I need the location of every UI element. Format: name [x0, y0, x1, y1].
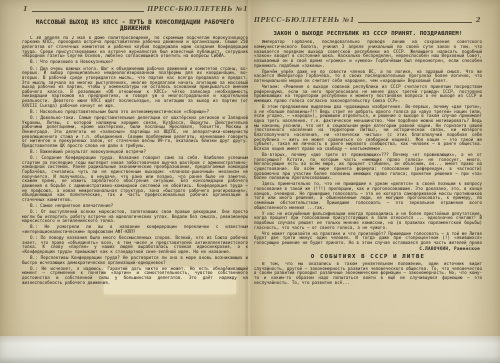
- header-rule: [358, 22, 472, 23]
- paragraph: В том, что мы оказались в таком унизител…: [254, 262, 482, 285]
- page-number: 2: [475, 16, 482, 24]
- paragraph: В.: Важнейший результат новокузнецкой вс…: [22, 150, 248, 155]
- underlying-white-page: [0, 336, 500, 363]
- running-head-right: ПРЕСС-БЮЛЛЕТЕНЬ №1 2: [254, 15, 482, 24]
- article-body-left: С 30 апреля по 2 мая в Доме политпросвещ…: [22, 36, 248, 294]
- paragraph: В.: Самое неприятное впечатление?: [22, 204, 248, 209]
- paragraph: Во-вторых, почему «две трети от проживаю…: [254, 153, 482, 181]
- page-2: ПРЕСС-БЮЛЛЕТЕНЬ №1 2 ЗАКОН О ВЫХОДЕ РЕСП…: [254, 0, 482, 286]
- section-body: В том, что мы оказались в таком унизител…: [254, 262, 482, 286]
- paragraph: Причём упрёк даже не по совести членов В…: [254, 70, 482, 84]
- section-title: О СОБЫТИЯХ В СССР И ЛИТВЕ: [254, 254, 482, 260]
- paragraph: О.: От выступлений всяких марксистов, за…: [22, 210, 248, 224]
- paragraph: О.: По поводу названия было много бессмы…: [22, 236, 248, 255]
- paragraph: В.: Перспективы Конфедерации труда? Не р…: [22, 256, 248, 265]
- paragraph: О.: Довольно-таки. Самые представительны…: [22, 116, 248, 149]
- paragraph: Что может произойти на практике и что пр…: [254, 232, 482, 247]
- author-signature: С.ЛАВОЧКИН, Раменское: [254, 247, 480, 252]
- paragraph: В.: Не усмотрели ли вы в названии конфед…: [22, 225, 248, 234]
- running-head-left: 1 ПРЕСС-БЮЛЛЕТЕНЬ №1: [22, 4, 248, 13]
- paragraph: О.: Два очень важных итога. Шаг к объеди…: [22, 67, 248, 109]
- article-title-left: МАССОВЫЙ ВЫХОД ИЗ КПСС - ПУТЬ В КОНСОЛИД…: [22, 20, 248, 33]
- paragraph: О.: Не исчезнет, я надеюсь. Гарантий дат…: [22, 267, 248, 286]
- paragraph: У нас не искушённые фальсификации иногда…: [254, 212, 482, 231]
- paragraph: Здесь примечательно то, что не пришедшие…: [254, 182, 482, 210]
- page-number: 1: [22, 5, 29, 13]
- paragraph: В.: Насколько представительным было это …: [22, 110, 248, 115]
- paragraph: В.: Что произошло в Новокузнецке?: [22, 60, 248, 65]
- paragraph: Император Горбачёв, последовательно пров…: [254, 40, 482, 68]
- page-1: 1 ПРЕСС-БЮЛЛЕТЕНЬ №1 МАССОВЫЙ ВЫХОД ИЗ К…: [22, 0, 248, 294]
- paragraph: С 30 апреля по 2 мая в Доме политпросвещ…: [22, 36, 248, 59]
- article-title-right: ЗАКОН О ВЫХОДЕ РЕСПУБЛИК ИЗ СССР ПРИНЯТ.…: [254, 31, 482, 37]
- paper-sheet: 1 ПРЕСС-БЮЛЛЕТЕНЬ №1 МАССОВЫЙ ВЫХОД ИЗ К…: [0, 0, 500, 341]
- scanned-press-bulletin: 1 ПРЕСС-БЮЛЛЕТЕНЬ №1 МАССОВЫЙ ВЫХОД ИЗ К…: [0, 0, 500, 363]
- paragraph: В этом предложении выделены два чудовищн…: [254, 105, 482, 152]
- bulletin-name: ПРЕСС-БЮЛЛЕТЕНЬ №1: [254, 17, 355, 24]
- bulletin-name: ПРЕСС-БЮЛЛЕТЕНЬ №1: [147, 6, 248, 13]
- header-rule: [32, 11, 144, 12]
- paragraph: О.: Создание Конфедерации труда. Названи…: [22, 156, 248, 203]
- paragraph: Читаем: «Решение о выходе союзной респуб…: [254, 85, 482, 104]
- article-body-right: Император Горбачёв, последовательно пров…: [254, 40, 482, 246]
